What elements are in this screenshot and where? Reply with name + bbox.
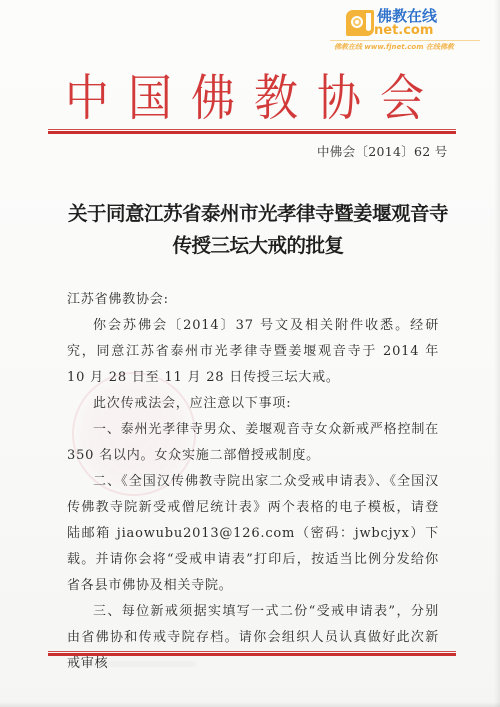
red-rule-thick xyxy=(48,653,456,656)
page-edge-shadow-right xyxy=(494,0,500,707)
show-through-text xyxy=(78,661,196,667)
paragraph-3: 一、泰州光孝律寺男众、姜堰观音寺女众新戒严格控制在 350 名以内。女众实施二部… xyxy=(67,417,439,469)
letterhead-organization: 中国佛教协会 xyxy=(0,70,500,128)
salutation: 江苏省佛教协会: xyxy=(67,287,439,313)
logo-brand-en: net.com xyxy=(374,24,433,38)
paragraph-1: 你会苏佛会〔2014〕37 号文及相关附件收悉。经研究，同意江苏省泰州市光孝律寺… xyxy=(67,313,439,391)
logo-brand-cn: 佛教在线 xyxy=(377,8,437,24)
document-number: 中佛会〔2014〕62 号 xyxy=(317,142,448,160)
fjnet-logo-mark xyxy=(346,10,374,36)
paragraph-4: 二、《全国汉传佛教寺院出家二众受戒申请表》、《全国汉传佛教寺院新受戒僧尼统计表》… xyxy=(67,469,439,599)
page-edge-shadow-bottom xyxy=(0,702,500,707)
red-rule-thick xyxy=(48,131,456,134)
document-page: 佛教在线 net.com 佛教在线 www.fjnet.com 在线佛教 中国佛… xyxy=(0,0,500,707)
document-title-line-1: 关于同意江苏省泰州市光孝律寺暨姜堰观音寺 xyxy=(8,198,500,226)
letterhead-red-rule-top xyxy=(48,129,456,134)
dharma-wheel-icon xyxy=(351,16,363,28)
logo-j-glyph xyxy=(366,13,371,31)
logo-divider xyxy=(330,40,480,41)
page-red-rule-bottom xyxy=(48,651,456,656)
red-rule-thin xyxy=(48,129,456,130)
fjnet-watermark-logo: 佛教在线 net.com 佛教在线 www.fjnet.com 在线佛教 xyxy=(330,8,480,54)
logo-subtitle: 佛教在线 www.fjnet.com 在线佛教 xyxy=(334,42,454,52)
document-title-line-2: 传授三坛大戒的批复 xyxy=(8,230,500,258)
document-body: 江苏省佛教协会: 你会苏佛会〔2014〕37 号文及相关附件收悉。经研究，同意江… xyxy=(67,287,439,677)
paragraph-2: 此次传戒法会，应注意以下事项: xyxy=(67,391,439,417)
red-rule-thin xyxy=(48,651,456,652)
